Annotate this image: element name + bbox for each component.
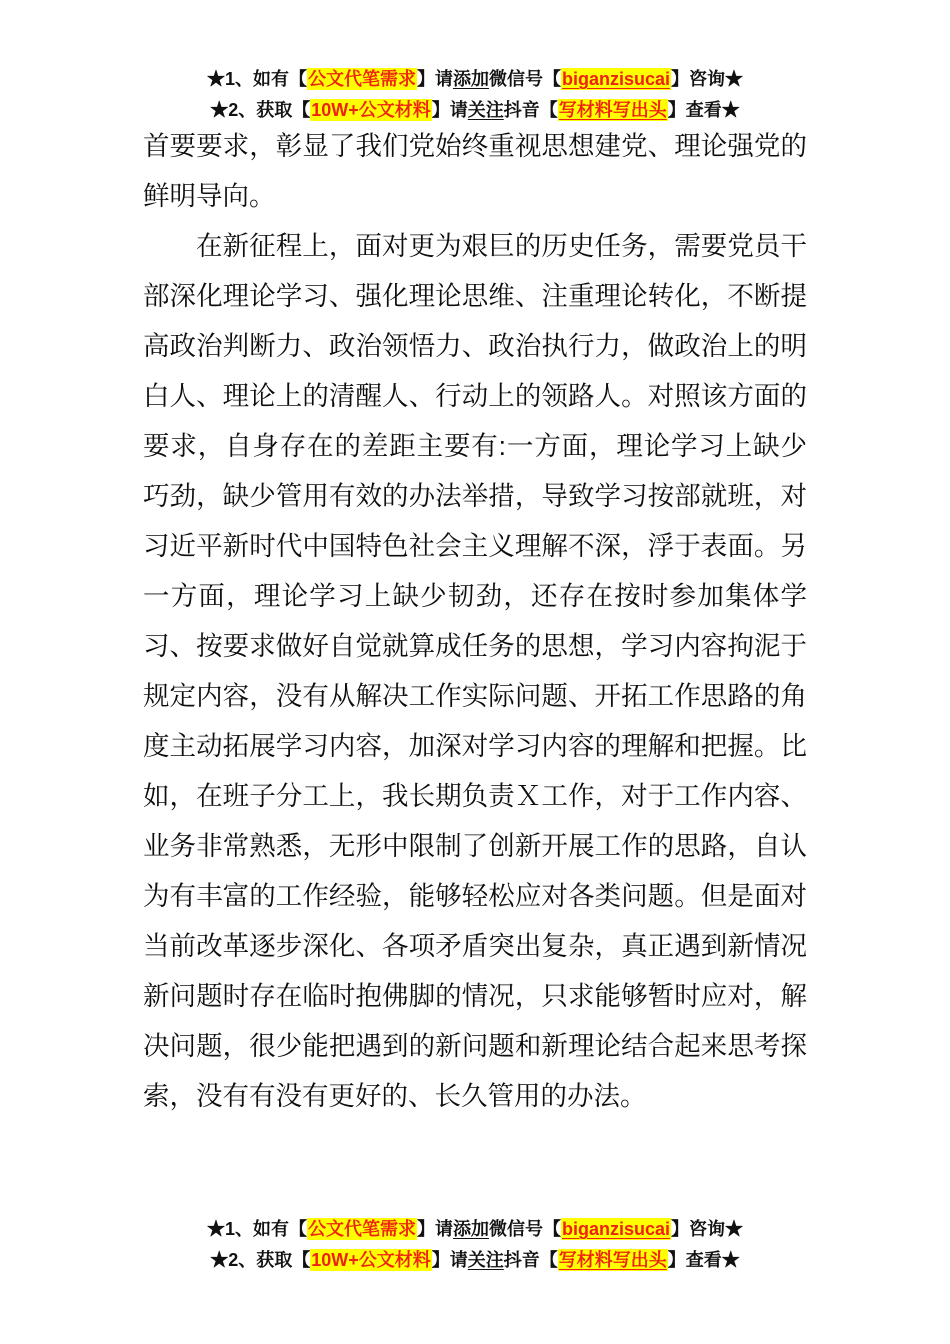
promo-segment: 抖音【 <box>504 1250 558 1270</box>
promo-segment: 】请 <box>417 1219 453 1239</box>
promo-segment: ★2、获取【 <box>210 100 310 120</box>
promo-segment: 添加 <box>453 1219 489 1239</box>
promo-segment: 10W+公文材料 <box>310 99 432 121</box>
promo-segment: ★1、如有【 <box>207 1219 307 1239</box>
promo-segment: ★2、获取【 <box>210 1250 310 1270</box>
promo-segment: 公文代笔需求 <box>307 68 417 90</box>
promo-segment: 】查看★ <box>668 1250 740 1270</box>
promo-segment: biganzisucai <box>561 68 671 90</box>
promo-segment: 写材料写出头 <box>558 99 668 121</box>
promo-segment: 】请 <box>417 69 453 89</box>
promo-segment: 抖音【 <box>504 100 558 120</box>
promo-segment: 】请 <box>432 1250 468 1270</box>
document-page: ★1、如有【公文代笔需求】请添加微信号【biganzisucai】咨询★ ★2、… <box>0 0 950 1344</box>
promo-segment: 关注 <box>468 1250 504 1270</box>
promo-footer-line-2: ★2、获取【10W+公文材料】请关注抖音【写材料写出头】查看★ <box>0 1245 950 1276</box>
promo-segment: ★1、如有【 <box>207 69 307 89</box>
promo-segment: 】查看★ <box>668 100 740 120</box>
promo-segment: 】请 <box>432 100 468 120</box>
promo-segment: 微信号【 <box>489 1219 561 1239</box>
promo-segment: 】咨询★ <box>671 69 743 89</box>
promo-footer-line-1: ★1、如有【公文代笔需求】请添加微信号【biganzisucai】咨询★ <box>0 1214 950 1245</box>
promo-segment: 10W+公文材料 <box>310 1249 432 1271</box>
promo-segment: 关注 <box>468 100 504 120</box>
promo-segment: 微信号【 <box>489 69 561 89</box>
promo-segment: 】咨询★ <box>671 1219 743 1239</box>
document-body: 首要要求，彰显了我们党始终重视思想建党、理论强党的鲜明导向。在新征程上，面对更为… <box>143 121 807 1121</box>
promo-header-line-1: ★1、如有【公文代笔需求】请添加微信号【biganzisucai】咨询★ <box>0 64 950 95</box>
promo-segment: 写材料写出头 <box>558 1249 668 1271</box>
body-paragraph: 首要要求，彰显了我们党始终重视思想建党、理论强党的鲜明导向。 <box>143 121 807 221</box>
promo-segment: 添加 <box>453 69 489 89</box>
promo-footer: ★1、如有【公文代笔需求】请添加微信号【biganzisucai】咨询★ ★2、… <box>0 1214 950 1276</box>
promo-header: ★1、如有【公文代笔需求】请添加微信号【biganzisucai】咨询★ ★2、… <box>0 64 950 126</box>
body-paragraph: 在新征程上，面对更为艰巨的历史任务，需要党员干部深化理论学习、强化理论思维、注重… <box>143 221 807 1121</box>
promo-segment: 公文代笔需求 <box>307 1218 417 1240</box>
promo-segment: biganzisucai <box>561 1218 671 1240</box>
